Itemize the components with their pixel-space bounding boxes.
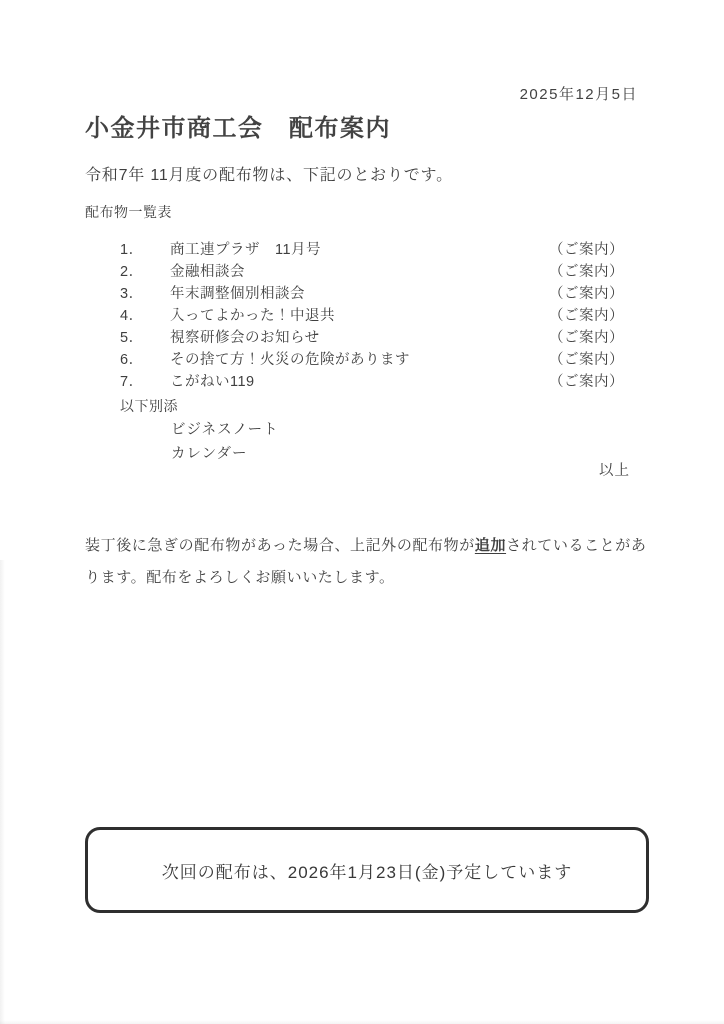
list-item: 1． 商工連プラザ 11月号 （ご案内） [120,240,632,262]
item-note: （ご案内） [549,328,632,350]
attachments-label: 以下別添 [120,396,178,416]
list-item: 4． 入ってよかった！中退共 （ご案内） [120,306,632,328]
item-note: （ご案内） [549,350,632,372]
next-distribution-text: 次回の配布は、2026年1月23日(金)予定しています [162,858,573,883]
item-number: 6． [120,350,170,372]
item-number: 1． [120,240,170,262]
list-item: 7． こがねい119 （ご案内） [120,372,632,394]
item-title: その捨て方！火災の危険があります [170,350,549,372]
item-number: 3． [120,284,170,306]
list-heading: 配布物一覧表 [85,202,172,222]
distribution-list: 1． 商工連プラザ 11月号 （ご案内） 2． 金融相談会 （ご案内） 3． 年… [120,240,632,394]
item-title: 年末調整個別相談会 [170,284,549,306]
document-title: 小金井市商工会 配布案内 [85,108,391,143]
item-note: （ご案内） [549,284,632,306]
closing-mark: 以上 [599,459,630,480]
item-title: 入ってよかった！中退共 [170,306,549,328]
scan-edge-artifact-bottom [0,1020,724,1024]
item-note: （ご案内） [549,372,632,394]
note-text-before: 装丁後に急ぎの配布物があった場合、上記外の配布物が [85,537,475,554]
item-number: 4． [120,306,170,328]
item-note: （ご案内） [549,240,632,262]
item-title: 金融相談会 [170,262,549,284]
attachments-list: ビジネスノート カレンダー [171,419,279,466]
item-title: こがねい119 [170,372,549,394]
next-distribution-box: 次回の配布は、2026年1月23日(金)予定しています [85,827,649,913]
scanned-document-page: 2025年12月5日 小金井市商工会 配布案内 令和7年 11月度の配布物は、下… [0,0,724,1024]
attachment-item: ビジネスノート [171,419,279,443]
scan-edge-artifact-left [0,560,5,1024]
item-number: 2． [120,262,170,284]
item-note: （ご案内） [549,262,632,284]
attachment-item: カレンダー [171,443,279,467]
list-item: 3． 年末調整個別相談会 （ご案内） [120,284,632,306]
item-number: 7． [120,372,170,394]
list-item: 5． 視察研修会のお知らせ （ご案内） [120,328,632,350]
document-date: 2025年12月5日 [520,83,638,104]
note-emphasis: 追加 [475,537,506,554]
list-item: 6． その捨て方！火災の危険があります （ご案内） [120,350,632,372]
supplementary-note: 装丁後に急ぎの配布物があった場合、上記外の配布物が追加されていることがあります。… [85,530,651,594]
item-title: 商工連プラザ 11月号 [170,240,549,262]
item-title: 視察研修会のお知らせ [170,328,549,350]
item-note: （ご案内） [549,306,632,328]
list-item: 2． 金融相談会 （ご案内） [120,262,632,284]
intro-text: 令和7年 11月度の配布物は、下記のとおりです。 [85,162,453,185]
item-number: 5． [120,328,170,350]
